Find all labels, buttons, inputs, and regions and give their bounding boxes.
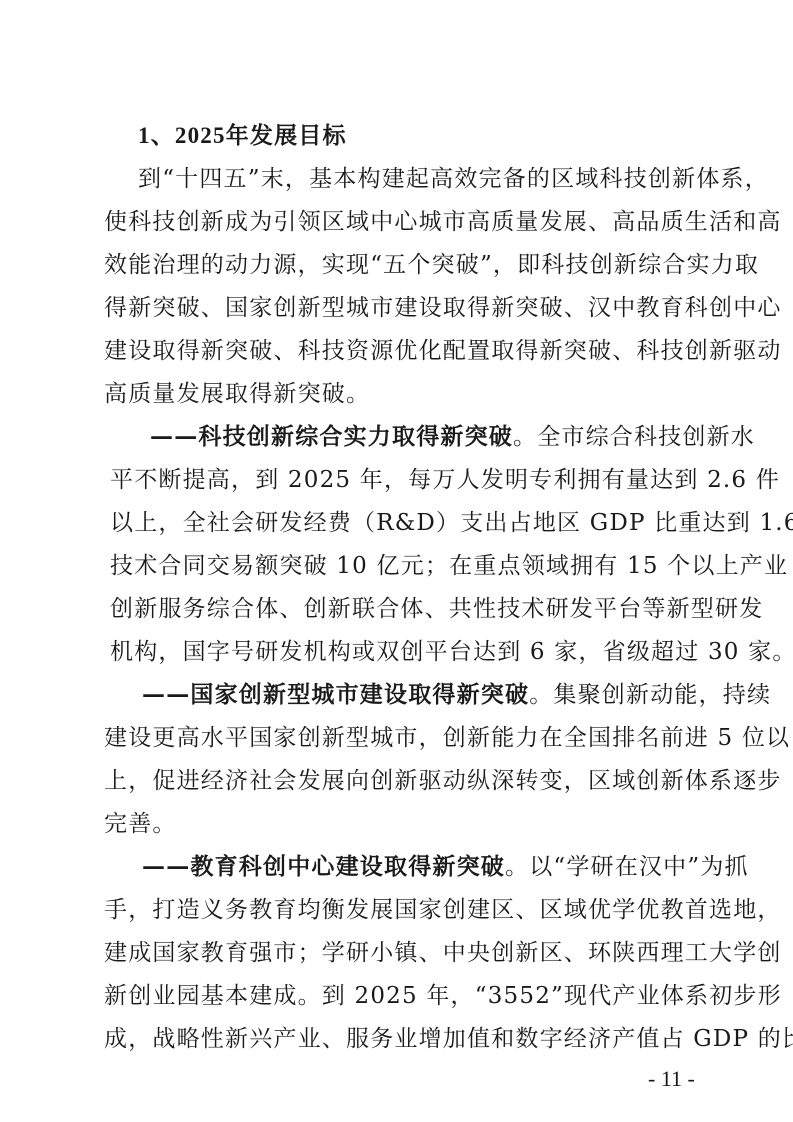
paragraph-line: 新创业园基本建成。到 2025 年，“3552”现代产业体系初步形	[104, 982, 782, 1010]
paragraph-line: 机构，国字号研发机构或双创平台达到 6 家，省级超过 30 家。	[110, 638, 793, 666]
paragraph-line: 建设更高水平国家创新型城市，创新能力在全国排名前进 5 位以	[104, 724, 790, 752]
paragraph-line: 高质量发展取得新突破。	[104, 380, 370, 408]
paragraph-line: 成，战略性新兴产业、服务业增加值和数字经济产值占 GDP 的比	[104, 1025, 793, 1053]
page-number: - 11 -	[648, 1066, 695, 1092]
paragraph-line: 到“十四五”末，基本构建起高效完备的区域科技创新体系，	[138, 165, 769, 193]
paragraph-line: 创新服务综合体、创新联合体、共性技术研发平台等新型研发	[110, 595, 763, 623]
bold-lead: ——教育科创中心建设取得新突破	[142, 853, 505, 880]
paragraph-line: 技术合同交易额突破 10 亿元；在重点领域拥有 15 个以上产业	[110, 552, 788, 580]
bold-lead: ——国家创新型城市建设取得新突破	[142, 681, 529, 708]
lead-rest: 。以“学研在汉中”为抓	[505, 854, 749, 880]
paragraph-line: 平不断提高，到 2025 年，每万人发明专利拥有量达到 2.6 件	[110, 466, 780, 494]
paragraph-line: 以上，全社会研发经费（R&D）支出占地区 GDP 比重达到 1.6%，	[110, 509, 793, 537]
paragraph-line: 使科技创新成为引领区域中心城市高质量发展、高品质生活和高	[104, 208, 782, 236]
paragraph-line: 效能治理的动力源，实现“五个突破”，即科技创新综合实力取	[104, 251, 759, 279]
paragraph-lead-line: ——教育科创中心建设取得新突破。以“学研在汉中”为抓	[142, 853, 749, 881]
lead-rest: 。集聚创新动能，持续	[529, 682, 771, 708]
paragraph-lead-line: ——科技创新综合实力取得新突破。全市综合科技创新水	[150, 423, 755, 451]
paragraph-line: 建成国家教育强市；学研小镇、中央创新区、环陕西理工大学创	[104, 939, 782, 967]
paragraph-line: 建设取得新突破、科技资源优化配置取得新突破、科技创新驱动	[104, 337, 782, 365]
lead-rest: 。全市综合科技创新水	[513, 424, 755, 450]
paragraph-line: 得新突破、国家创新型城市建设取得新突破、汉中教育科创中心	[104, 294, 782, 322]
bold-lead: ——科技创新综合实力取得新突破	[150, 423, 513, 450]
document-page: 1、2025年发展目标 到“十四五”末，基本构建起高效完备的区域科技创新体系， …	[0, 0, 793, 1122]
paragraph-line: 手，打造义务教育均衡发展国家创建区、区域优学优教首选地，	[104, 896, 782, 924]
paragraph-line: 上，促进经济社会发展向创新驱动纵深转变，区域创新体系逐步	[104, 767, 782, 795]
section-heading: 1、2025年发展目标	[138, 122, 347, 150]
paragraph-line: 完善。	[104, 810, 177, 838]
paragraph-lead-line: ——国家创新型城市建设取得新突破。集聚创新动能，持续	[142, 681, 771, 709]
